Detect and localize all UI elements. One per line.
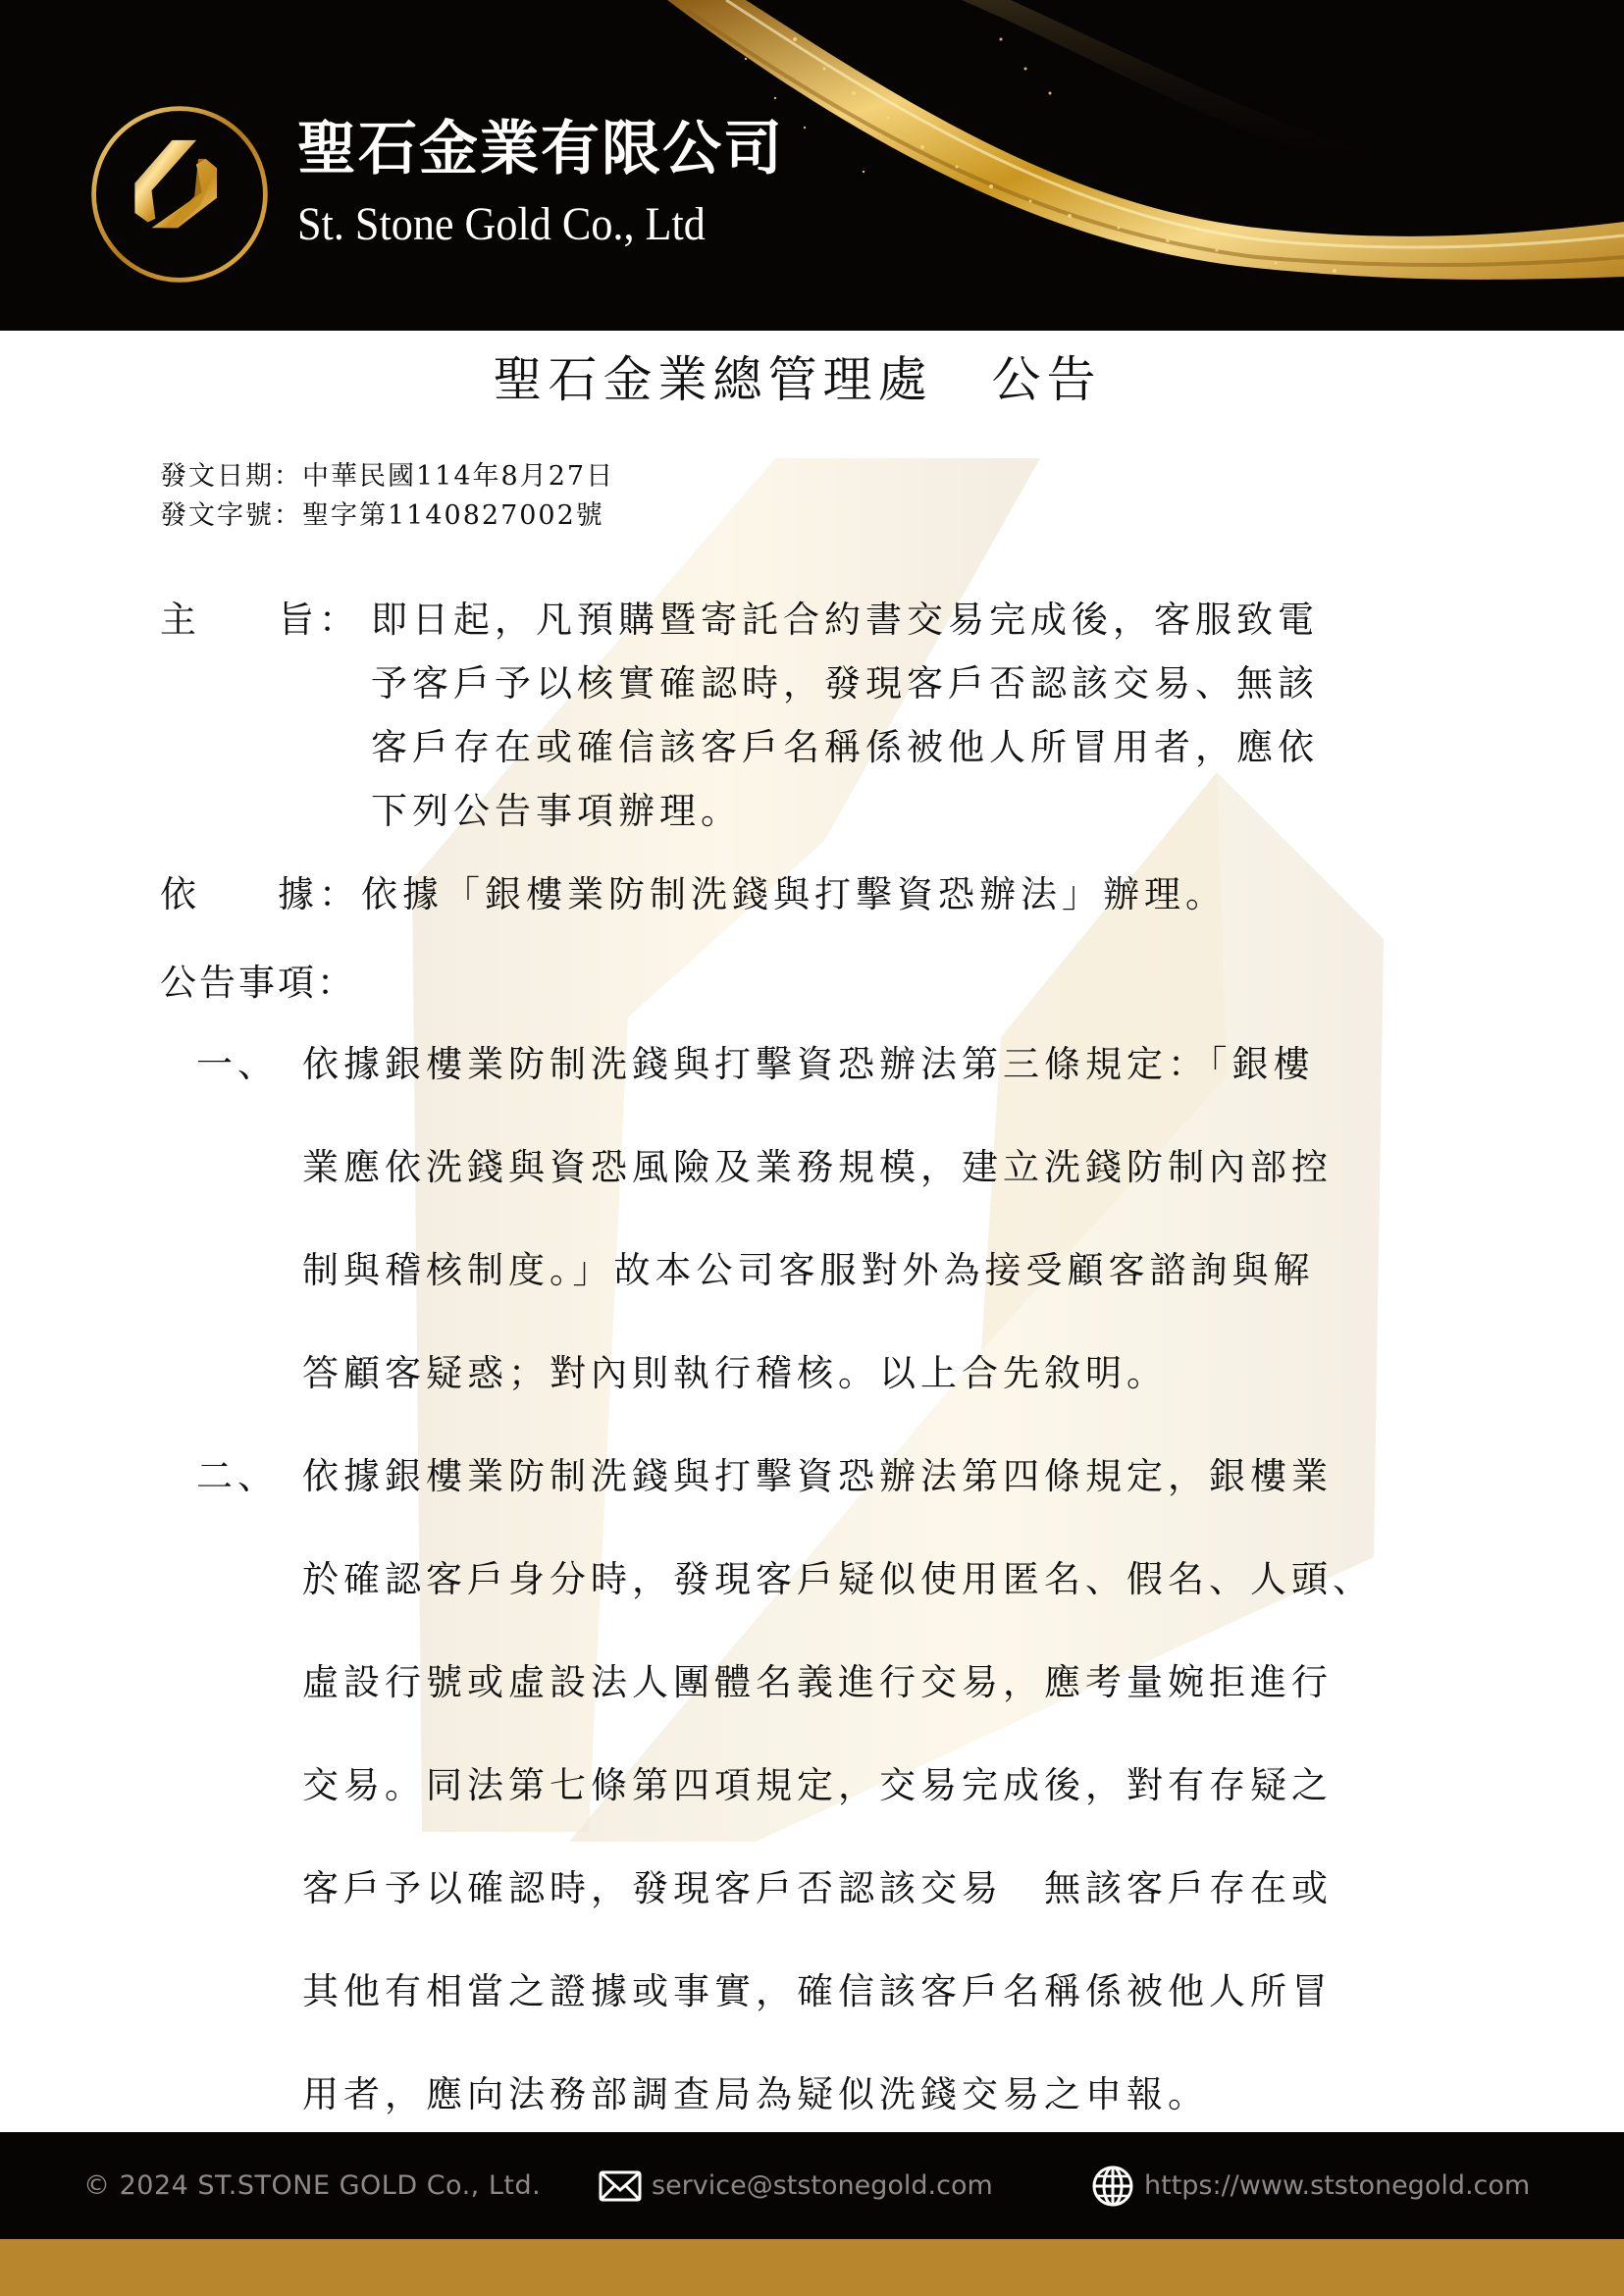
issue-date-label: 發文日期： (160, 461, 302, 492)
basis-label: 依據： (160, 865, 360, 924)
subject-text: 即日起，凡預購暨寄託合約書交易完成後，客服致電 予客戶予以核實確認時，發現客戶否… (371, 588, 1319, 843)
issue-date-value: 中華民國114年8月27日 (302, 461, 614, 492)
subject-line: 客戶存在或確信該客戶名稱係被他人所冒用者，應依 (371, 715, 1319, 779)
item-line: 業應依洗錢與資恐風險及業務規模，建立洗錢防制內部控 (302, 1138, 1333, 1241)
company-name-english: St. Stone Gold Co., Ltd (297, 201, 706, 248)
item-line: 依據銀樓業防制洗錢與打擊資恐辦法第三條規定：「銀樓 (302, 1035, 1333, 1138)
item-line: 答顧客疑惑；對內則執行稽核。以上合先敘明。 (302, 1344, 1333, 1447)
item-line: 於確認客戶身分時，發現客戶疑似使用匿名、假名、人頭、 (302, 1550, 1374, 1653)
website-link[interactable]: https://www.ststonegold.com (1144, 2170, 1530, 2201)
document-meta: 發文日期：中華民國114年8月27日 發文字號：聖字第1140827002號 (160, 457, 614, 536)
globe-icon (1091, 2165, 1134, 2208)
document-title: 聖石金業總管理處公告 (0, 355, 1624, 404)
reference-number-row: 發文字號：聖字第1140827002號 (160, 496, 614, 536)
subject-label: 主旨： (160, 588, 360, 652)
subject-line: 即日起，凡預購暨寄託合約書交易完成後，客服致電 (371, 588, 1319, 652)
reference-number-value: 聖字第1140827002號 (302, 500, 604, 531)
issue-date-row: 發文日期：中華民國114年8月27日 (160, 457, 614, 496)
item-line: 虛設行號或虛設法人團體名義進行交易，應考量婉拒進行 (302, 1653, 1374, 1756)
email-link[interactable]: service@ststonegold.com (652, 2170, 993, 2201)
copyright-text: © 2024 ST.STONE GOLD Co., Ltd. (83, 2132, 541, 2239)
gold-footer-strip (0, 2239, 1624, 2296)
document-title-type: 公告 (992, 351, 1102, 408)
item-text: 依據銀樓業防制洗錢與打擊資恐辦法第四條規定，銀樓業 於確認客戶身分時，發現客戶疑… (302, 1447, 1374, 2168)
item-line: 制與稽核制度。」故本公司客服對外為接受顧客諮詢與解 (302, 1241, 1333, 1344)
item-line: 客戶予以確認時，發現客戶否認該交易 無該客戶存在或 (302, 1859, 1374, 1962)
item-number: 二、 (196, 1447, 279, 1506)
company-logo-icon (86, 101, 273, 287)
website-contact[interactable]: https://www.ststonegold.com (1091, 2132, 1530, 2239)
item-line: 其他有相當之證據或事實，確信該客戶名稱係被他人所冒 (302, 1962, 1374, 2065)
footer: © 2024 ST.STONE GOLD Co., Ltd. service@s… (0, 2132, 1624, 2239)
notice-items-heading: 公告事項： (160, 954, 356, 1013)
announcement-document: 聖石金業總管理處公告 發文日期：中華民國114年8月27日 發文字號：聖字第11… (0, 331, 1624, 2131)
item-line: 依據銀樓業防制洗錢與打擊資恐辦法第四條規定，銀樓業 (302, 1447, 1374, 1550)
letterhead-header: 聖石金業有限公司 St. Stone Gold Co., Ltd (0, 0, 1624, 331)
basis-text: 依據「銀樓業防制洗錢與打擊資恐辦法」辦理。 (361, 865, 1227, 924)
item-text: 依據銀樓業防制洗錢與打擊資恐辦法第三條規定：「銀樓 業應依洗錢與資恐風險及業務規… (302, 1035, 1333, 1447)
company-name-chinese: 聖石金業有限公司 (297, 120, 784, 179)
item-number: 一、 (196, 1035, 279, 1094)
envelope-icon (599, 2170, 642, 2202)
subject-line: 下列公告事項辦理。 (371, 779, 1319, 843)
subject-line: 予客戶予以核實確認時，發現客戶否認該交易、無該 (371, 652, 1319, 715)
email-contact[interactable]: service@ststonegold.com (599, 2132, 993, 2239)
item-line: 交易。同法第七條第四項規定，交易完成後，對有存疑之 (302, 1756, 1374, 1859)
reference-number-label: 發文字號： (160, 500, 302, 531)
document-title-issuer: 聖石金業總管理處 (494, 351, 933, 408)
